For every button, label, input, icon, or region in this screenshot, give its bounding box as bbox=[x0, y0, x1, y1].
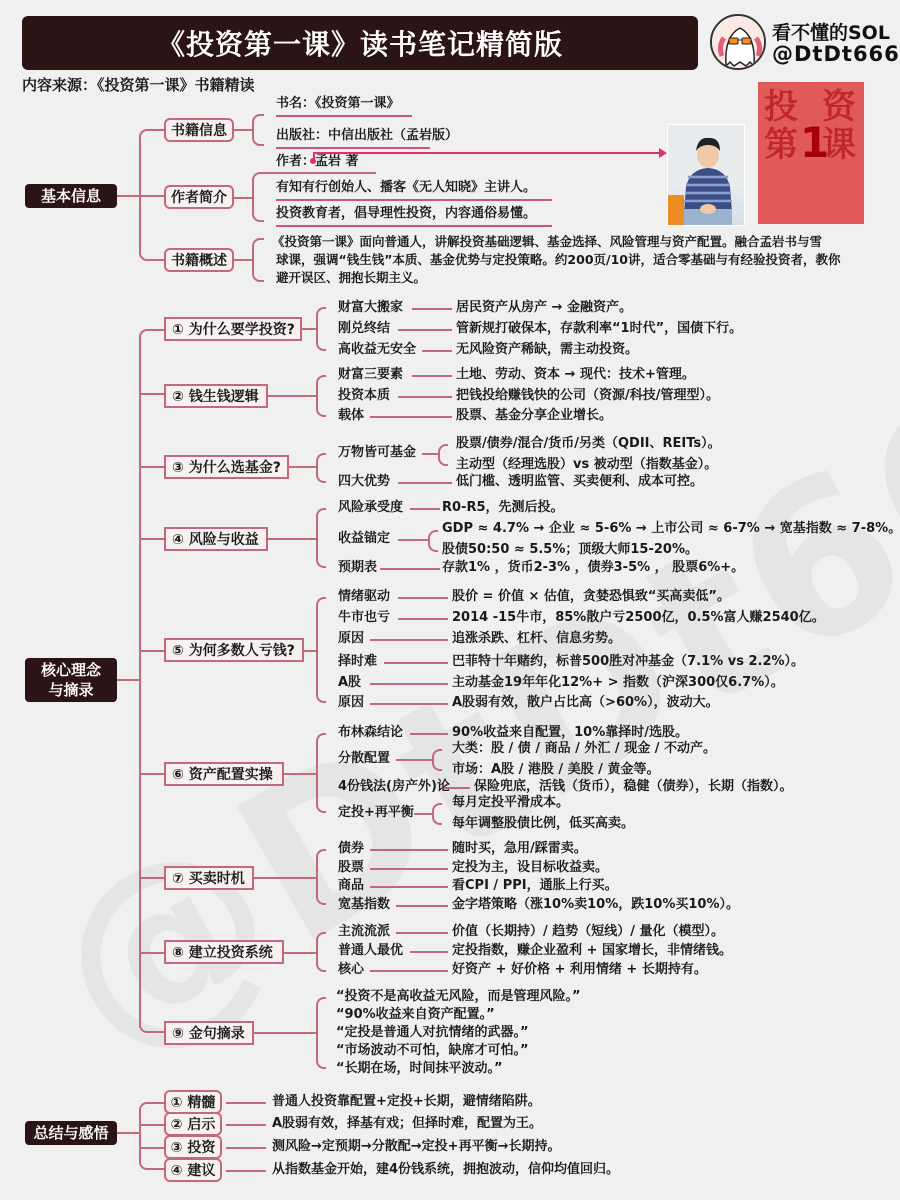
book-title: 书名：《投资第一课》 bbox=[276, 96, 412, 117]
ghost-avatar-icon bbox=[712, 16, 766, 70]
connector-bracket bbox=[252, 172, 264, 222]
author-role-2: 投资教育者，倡导理性投资，内容通俗易懂。 bbox=[276, 206, 552, 227]
summary-essence[interactable]: ① 精髓 bbox=[164, 1090, 222, 1114]
connector bbox=[139, 650, 165, 652]
connector bbox=[370, 970, 448, 972]
connector bbox=[410, 733, 448, 735]
connector bbox=[398, 618, 448, 620]
summary-advice[interactable]: ④ 建议 bbox=[164, 1158, 222, 1182]
connector-bracket bbox=[139, 1102, 165, 1170]
row-value: 好资产 + 好价格 + 利用情绪 + 长期持有。 bbox=[452, 962, 707, 978]
row-value: 股价 = 价值 × 估值，贪婪恐惧致“买高卖低”。 bbox=[452, 589, 730, 605]
connector bbox=[370, 886, 448, 888]
row-value: 金字塔策略（涨10%卖10%，跌10%买10%）。 bbox=[452, 897, 739, 913]
author-handle: @DtDt666 bbox=[772, 42, 900, 66]
row-value: 90%收益来自配置，10%靠择时/选股。 bbox=[452, 725, 688, 741]
connector bbox=[444, 787, 470, 789]
summary-investing[interactable]: ③ 投资 bbox=[164, 1135, 222, 1159]
row-key: 风险承受度 bbox=[338, 500, 403, 516]
root-summary[interactable]: 总结与感悟 bbox=[25, 1121, 117, 1145]
summary-text: A股弱有效，择基有戏；但择时难，配置为王。 bbox=[272, 1116, 542, 1132]
node-money-logic[interactable]: ② 钱生钱逻辑 bbox=[164, 384, 268, 408]
root-core-line1: 核心理念 bbox=[41, 661, 101, 679]
row-value: 巴菲特十年赌约，标普500胜对冲基金（7.1% vs 2.2%）。 bbox=[452, 654, 804, 670]
connector-bracket bbox=[139, 329, 165, 1033]
cover-char: 课 bbox=[822, 128, 856, 162]
row-key: 收益锚定 bbox=[338, 531, 390, 547]
connector bbox=[398, 482, 452, 484]
row-value: 把钱投给赚钱快的公司（资源/科技/管理型）。 bbox=[456, 388, 719, 404]
row-key: 四大优势 bbox=[338, 474, 390, 490]
row-key: 普通人最优 bbox=[338, 943, 403, 959]
connector bbox=[268, 538, 316, 540]
connector bbox=[412, 375, 452, 377]
row-value: 股票/债券/混合/货币/另类（QDII、REITs）。 bbox=[456, 436, 721, 452]
row-value: 定投为主，设目标收益卖。 bbox=[452, 860, 608, 876]
overview-line-3: 避开误区、拥抱长期主义。 bbox=[276, 270, 426, 286]
node-quotes[interactable]: ⑨ 金句摘录 bbox=[164, 1021, 254, 1045]
arrow-head-icon bbox=[659, 148, 667, 158]
quote: “定投是普通人对抗情绪的武器。” bbox=[336, 1025, 529, 1041]
connector bbox=[117, 195, 139, 197]
connector bbox=[304, 650, 316, 652]
connector-bracket bbox=[316, 375, 326, 417]
row-value: 低门槛、透明监管、买卖便利、成本可控。 bbox=[456, 474, 703, 490]
node-asset-allocation[interactable]: ⑥ 资产配置实操 bbox=[164, 762, 284, 786]
connector bbox=[370, 703, 448, 705]
connector bbox=[139, 1124, 165, 1126]
row-key: 情绪驱动 bbox=[338, 589, 390, 605]
connector bbox=[139, 773, 165, 775]
row-key: 商品 bbox=[338, 878, 364, 894]
row-value: 每年调整股债比例，低买高卖。 bbox=[452, 816, 634, 832]
row-value: 存款1% ，货币2-3% ，债券3-5% ， 股票6%+。 bbox=[442, 560, 744, 576]
connector bbox=[370, 416, 452, 418]
row-value: 价值（长期持）/ 趋势（短线）/ 量化（模型）。 bbox=[452, 924, 724, 940]
row-value: 每月定投平滑成本。 bbox=[452, 795, 569, 811]
node-why-funds[interactable]: ③ 为什么选基金? bbox=[164, 455, 289, 479]
quote: “长期在场，时间抹平波动。” bbox=[336, 1061, 503, 1077]
connector-bracket bbox=[428, 530, 438, 552]
row-key: 原因 bbox=[338, 631, 364, 647]
author-name-line: 作者：孟岩 著 bbox=[276, 154, 359, 170]
connector bbox=[370, 849, 448, 851]
book-publisher: 出版社：中信出版社（孟岩版） bbox=[276, 128, 430, 149]
row-key: 原因 bbox=[338, 695, 364, 711]
connector bbox=[139, 877, 165, 879]
connector bbox=[398, 597, 448, 599]
row-value: 无风险资产稀缺，需主动投资。 bbox=[456, 342, 638, 358]
connector bbox=[117, 679, 139, 681]
connector bbox=[396, 932, 448, 934]
connector bbox=[226, 1102, 266, 1104]
connector-bracket bbox=[432, 803, 442, 825]
row-key: 万物皆可基金 bbox=[338, 445, 416, 461]
connector bbox=[139, 952, 165, 954]
connector bbox=[384, 662, 448, 664]
connector-bracket bbox=[252, 114, 264, 146]
connector bbox=[289, 466, 316, 468]
connector-bracket bbox=[316, 508, 326, 568]
summary-text: 从指数基金开始，建4份钱系统，拥抱波动，信仰均值回归。 bbox=[272, 1162, 619, 1178]
summary-insight[interactable]: ② 启示 bbox=[164, 1112, 222, 1136]
row-key: 宽基指数 bbox=[338, 897, 390, 913]
connector bbox=[139, 393, 165, 395]
row-value: 大类：股 / 债 / 商品 / 外汇 / 现金 / 不动产。 bbox=[452, 741, 716, 757]
connector-bracket bbox=[316, 997, 326, 1069]
row-key: 债券 bbox=[338, 841, 364, 857]
row-value: GDP ≈ 4.7% → 企业 ≈ 5-6% → 上市公司 ≈ 6-7% → 宽… bbox=[442, 521, 900, 537]
connector bbox=[139, 1147, 165, 1149]
connector bbox=[234, 129, 252, 131]
connector bbox=[139, 466, 165, 468]
row-key: 分散配置 bbox=[338, 751, 390, 767]
connector bbox=[234, 259, 252, 261]
connector bbox=[284, 952, 316, 954]
root-core-concepts[interactable]: 核心理念与摘录 bbox=[25, 658, 117, 702]
author-photo bbox=[667, 124, 745, 226]
row-value: 随时买，急用/踩雷卖。 bbox=[452, 841, 587, 857]
connector-bracket bbox=[316, 849, 326, 905]
root-basic-info[interactable]: 基本信息 bbox=[25, 184, 117, 208]
summary-text: 测风险→定预期→分散配→定投+再平衡→长期持。 bbox=[272, 1139, 560, 1155]
connector bbox=[380, 568, 440, 570]
row-key: 择时难 bbox=[338, 654, 377, 670]
cover-char: 投 bbox=[764, 90, 798, 124]
connector bbox=[302, 328, 316, 330]
connector bbox=[396, 759, 432, 761]
arrow-to-photo bbox=[313, 152, 663, 154]
connector-bracket bbox=[432, 749, 442, 771]
row-key: 核心 bbox=[338, 962, 364, 978]
row-key: 刚兑终结 bbox=[338, 321, 390, 337]
row-value: 2014 -15牛市，85%散户亏2500亿，0.5%富人赚2540亿。 bbox=[452, 610, 825, 626]
connector bbox=[370, 639, 448, 641]
row-key: 载体 bbox=[338, 408, 364, 424]
row-value: 股债50:50 ≈ 5.5%；顶级大师15-20%。 bbox=[442, 542, 698, 558]
quote: “市场波动不可怕，缺席才可怕。” bbox=[336, 1043, 529, 1059]
connector bbox=[226, 1147, 266, 1149]
overview-line-1: 《投资第一课》面向普通人，讲解投资基础逻辑、基金选择、风险管理与资产配置。融合孟… bbox=[272, 234, 822, 250]
row-value: 追涨杀跌、杠杆、信息劣势。 bbox=[452, 631, 621, 647]
content-source: 内容来源：《投资第一课》书籍精读 bbox=[22, 74, 255, 95]
author-role-1: 有知有行创始人、播客《无人知晓》主讲人。 bbox=[276, 180, 552, 201]
row-value: 保险兜底，活钱（货币），稳健（债券），长期（指数）。 bbox=[474, 779, 793, 795]
root-core-line2: 与摘录 bbox=[48, 681, 93, 699]
row-value: 股票、基金分享企业增长。 bbox=[456, 408, 612, 424]
row-key: 布林森结论 bbox=[338, 725, 403, 741]
node-risk-return[interactable]: ④ 风险与收益 bbox=[164, 527, 268, 551]
row-key: 财富三要素 bbox=[338, 367, 403, 383]
connector bbox=[422, 453, 438, 455]
connector bbox=[398, 329, 452, 331]
row-key: 预期表 bbox=[338, 560, 377, 576]
connector bbox=[422, 350, 452, 352]
connector bbox=[412, 308, 452, 310]
node-author-intro[interactable]: 作者简介 bbox=[164, 185, 234, 209]
author-name: 看不懂的SOL bbox=[772, 18, 890, 45]
row-value: 土地、劳动、资本 → 现代：技术+管理。 bbox=[456, 367, 695, 383]
connector-bracket bbox=[316, 932, 326, 972]
connector bbox=[117, 1132, 139, 1134]
connector bbox=[410, 951, 448, 953]
connector bbox=[254, 877, 316, 879]
row-value: R0-R5，先测后投。 bbox=[442, 500, 564, 516]
node-trade-timing[interactable]: ⑦ 买卖时机 bbox=[164, 866, 254, 890]
connector bbox=[398, 539, 428, 541]
connector-bracket bbox=[316, 733, 326, 813]
connector bbox=[226, 1124, 266, 1126]
connector-bracket bbox=[252, 238, 264, 282]
connector bbox=[398, 396, 452, 398]
row-value: 定投指数，赚企业盈利 + 国家增长，非情绪钱。 bbox=[452, 943, 732, 959]
row-key: 4份钱法(房产外)论 bbox=[338, 779, 450, 795]
row-key: A股 bbox=[338, 675, 361, 691]
connector bbox=[234, 197, 252, 199]
row-value: 居民资产从房产 → 金融资产。 bbox=[456, 300, 632, 316]
summary-text: 普通人投资靠配置+定投+长期，避情绪陷阱。 bbox=[272, 1094, 541, 1110]
connector-bracket bbox=[438, 444, 448, 466]
row-value: 主动基金19年年化12%+ > 指数（沪深300仅6.7%）。 bbox=[452, 675, 784, 691]
connector bbox=[264, 172, 376, 174]
node-book-overview[interactable]: 书籍概述 bbox=[164, 248, 234, 272]
overview-line-2: 球课，强调“钱生钱”本质、基金优势与定投策略。约200页/10讲，适合零基础与有… bbox=[276, 252, 841, 268]
connector bbox=[139, 538, 165, 540]
connector bbox=[284, 773, 316, 775]
connector bbox=[414, 813, 432, 815]
connector bbox=[410, 508, 440, 510]
row-key: 牛市也亏 bbox=[338, 610, 390, 626]
connector bbox=[226, 1170, 266, 1172]
row-value: 管新规打破保本，存款利率“1时代”，国债下行。 bbox=[456, 321, 742, 337]
row-key: 投资本质 bbox=[338, 388, 390, 404]
row-key: 股票 bbox=[338, 860, 364, 876]
row-key: 主流流派 bbox=[338, 924, 390, 940]
connector bbox=[396, 905, 448, 907]
connector-bracket bbox=[316, 307, 326, 351]
connector bbox=[139, 195, 165, 197]
connector bbox=[268, 395, 316, 397]
node-invest-system[interactable]: ⑧ 建立投资系统 bbox=[164, 940, 284, 964]
row-value: A股弱有效，散户占比高（>60%），波动大。 bbox=[452, 695, 719, 711]
cover-char: 第 bbox=[764, 128, 798, 162]
connector bbox=[370, 868, 448, 870]
quote: “90%收益来自资产配置。” bbox=[336, 1007, 495, 1023]
row-key: 高收益无安全 bbox=[338, 342, 416, 358]
connector-bracket bbox=[316, 597, 326, 703]
page-title: 《投资第一课》读书笔记精简版 bbox=[22, 16, 698, 70]
person-photo-icon bbox=[668, 125, 745, 226]
avatar bbox=[710, 14, 766, 70]
row-key: 财富大搬家 bbox=[338, 300, 403, 316]
row-value: 市场：A股 / 港股 / 美股 / 黄金等。 bbox=[452, 762, 659, 778]
node-book-info[interactable]: 书籍信息 bbox=[164, 118, 234, 142]
connector bbox=[370, 683, 448, 685]
row-value: 主动型（经理选股）vs 被动型（指数基金）。 bbox=[456, 457, 717, 473]
quote: “投资不是高收益无风险，而是管理风险。” bbox=[336, 989, 581, 1005]
row-value: 看CPI / PPI，通胀上行买。 bbox=[452, 878, 618, 894]
node-why-lose[interactable]: ⑤ 为何多数人亏钱? bbox=[164, 638, 304, 662]
connector bbox=[254, 1032, 316, 1034]
row-key: 定投+再平衡 bbox=[338, 805, 414, 821]
connector-bracket bbox=[316, 453, 326, 483]
book-cover-image: 投 资 第 1 课 bbox=[758, 82, 864, 224]
node-why-invest[interactable]: ① 为什么要学投资? bbox=[164, 317, 302, 341]
